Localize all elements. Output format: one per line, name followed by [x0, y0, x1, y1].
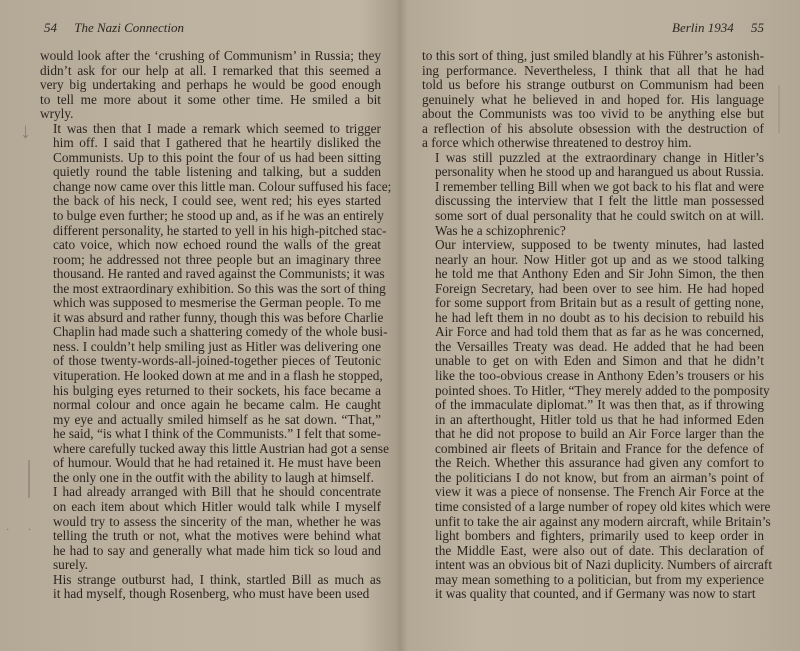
text-line: wryly.	[40, 107, 381, 122]
text-line: discussing the interview that I felt the…	[422, 194, 764, 209]
text-line: view it was a piece of nonsense. The Fre…	[422, 485, 764, 500]
text-line: him off. I said that I gathered that he …	[40, 136, 381, 151]
text-line: which was supposed to mesmerise the Germ…	[40, 296, 381, 311]
text-line: telling the truth or not, what the motiv…	[40, 529, 381, 544]
text-line: a force which otherwise threatened to de…	[422, 136, 764, 151]
text-line: time consisted of a large number of rope…	[422, 500, 764, 515]
left-body-text: would look after the ‘crushing of Commun…	[40, 49, 381, 602]
text-line: the only one in the outfit with the abil…	[40, 471, 381, 486]
text-line: the Middle East, were also out of date. …	[422, 544, 764, 559]
text-line: ness. I couldn’t help smiling just as Hi…	[40, 340, 381, 355]
text-line: unfit to take the air against any modern…	[422, 515, 764, 530]
text-line: my eye and actually smiled himself as he…	[40, 413, 381, 428]
text-line: he had to say and generally what made hi…	[40, 544, 381, 559]
text-line: genuinely what he believed in and hoped …	[422, 93, 764, 108]
text-line: Foreign Secretary, had been over to see …	[422, 282, 764, 297]
text-line: unable to get on with Eden and Simon and…	[422, 354, 764, 369]
text-line: I remember telling Bill when we got back…	[422, 180, 764, 195]
text-line: cato voice, which now echoed round the w…	[40, 238, 381, 253]
text-line: may mean something to a politician, but …	[422, 573, 764, 588]
text-line: combined air fleets of Britain and Franc…	[422, 442, 764, 457]
text-line: the back of his neck, I could see, went …	[40, 194, 381, 209]
right-running-head: Berlin 1934 55	[672, 20, 764, 36]
text-line: his bulging eyes returned to their socke…	[40, 384, 381, 399]
text-line: he said, “is what I think of the Communi…	[40, 427, 381, 442]
paragraph: I was still puzzled at the extraordinary…	[422, 151, 764, 238]
paragraph: I had already arranged with Bill that he…	[40, 485, 381, 572]
text-line: of humour. Would that he had retained it…	[40, 456, 381, 471]
pencil-margin-line	[28, 460, 30, 498]
page-number: 55	[751, 20, 764, 35]
text-line: he had left them in no doubt as to his d…	[422, 311, 764, 326]
paragraph: Our interview, supposed to be twenty min…	[422, 238, 764, 602]
paragraph: His strange outburst had, I think, start…	[40, 573, 381, 602]
text-line: Our interview, supposed to be twenty min…	[422, 238, 764, 253]
text-line: the Reich. Whether this assurance had gi…	[422, 456, 764, 471]
text-line: of those twenty-words-all-joined-togethe…	[40, 354, 381, 369]
text-line: like the too-obvious crease in Anthony E…	[422, 369, 764, 384]
text-line: pointed shoes. To Hitler, “They merely a…	[422, 384, 764, 399]
text-line: that he did not propose to build an Air …	[422, 427, 764, 442]
text-line: didn’t ask for our help at all. I remark…	[40, 64, 381, 79]
text-line: it was quality that counted, and if Germ…	[422, 587, 764, 602]
text-line: about the Communists was too vivid to be…	[422, 107, 764, 122]
text-line: I was still puzzled at the extraordinary…	[422, 151, 764, 166]
text-line: told us before his strange outburst on C…	[422, 78, 764, 93]
text-line: to this sort of thing, just smiled bland…	[422, 49, 764, 64]
text-line: It was then that I made a remark which s…	[40, 122, 381, 137]
text-line: light bombers and fighters, primarily us…	[422, 529, 764, 544]
text-line: where carefully tucked away this little …	[40, 442, 381, 457]
pencil-margin-line	[778, 85, 780, 133]
pencil-arrow-icon: ↓	[20, 118, 31, 144]
right-body-text: to this sort of thing, just smiled bland…	[422, 49, 764, 602]
text-line: nearly an hour. Now Hitler got up and as…	[422, 253, 764, 268]
book-spread: 54 The Nazi Connection would look after …	[0, 0, 800, 651]
text-line: it had myself, though Rosenberg, who mus…	[40, 587, 381, 602]
text-line: His strange outburst had, I think, start…	[40, 573, 381, 588]
paragraph: to this sort of thing, just smiled bland…	[422, 49, 764, 151]
text-line: would look after the ‘crushing of Commun…	[40, 49, 381, 64]
text-line: vituperation. He looked down at me and i…	[40, 369, 381, 384]
text-line: for some support from Britain but as a r…	[422, 296, 764, 311]
text-line: the Versailles Treaty was dead. He added…	[422, 340, 764, 355]
page-number: 54	[44, 20, 57, 35]
text-line: the politicians I do not know, but from …	[422, 471, 764, 486]
pencil-dots: · ·	[6, 525, 39, 536]
text-line: the most extraordinary exhibition. So th…	[40, 282, 381, 297]
text-line: he told me that Anthony Eden and Sir Joh…	[422, 267, 764, 282]
text-line: ing performance. Nevertheless, I think t…	[422, 64, 764, 79]
text-line: personality when he stood up and harangu…	[422, 165, 764, 180]
text-line: to tell me more about it some other time…	[40, 93, 381, 108]
text-line: on each item about which Hitler would ta…	[40, 500, 381, 515]
text-line: Was he a schizophrenic?	[422, 224, 764, 239]
paragraph: would look after the ‘crushing of Commun…	[40, 49, 381, 122]
text-line: some sort of dual personality that he co…	[422, 209, 764, 224]
text-line: of the immaculate diplomat.” It was then…	[422, 398, 764, 413]
text-line: intent was an obvious bit of Nazi duplic…	[422, 558, 764, 573]
text-line: thousand. He ranted and raved against th…	[40, 267, 381, 282]
left-running-head: 54 The Nazi Connection	[44, 20, 184, 36]
text-line: in an afterthought, Hitler told us that …	[422, 413, 764, 428]
right-page: Berlin 1934 55 to this sort of thing, ju…	[400, 0, 800, 651]
left-page: 54 The Nazi Connection would look after …	[0, 0, 400, 651]
text-line: would try to assess the sincerity of the…	[40, 515, 381, 530]
text-line: quietly round the table listening and ta…	[40, 165, 381, 180]
text-line: a reflection of his absolute obsession w…	[422, 122, 764, 137]
text-line: Air Force and had told them that as far …	[422, 325, 764, 340]
text-line: different personality, he started to yel…	[40, 224, 381, 239]
paragraph: It was then that I made a remark which s…	[40, 122, 381, 486]
text-line: I had already arranged with Bill that he…	[40, 485, 381, 500]
text-line: Chaplin had made such a shattering comed…	[40, 325, 381, 340]
text-line: change now came over this little man. Co…	[40, 180, 381, 195]
text-line: surely.	[40, 558, 381, 573]
text-line: very big undertaking and perhaps he woul…	[40, 78, 381, 93]
text-line: to bulge even further; he stood up and, …	[40, 209, 381, 224]
running-head-title: Berlin 1934	[672, 20, 734, 35]
text-line: normal colour and once again he became c…	[40, 398, 381, 413]
running-head-title: The Nazi Connection	[74, 20, 184, 35]
text-line: Communists. Up to this point the four of…	[40, 151, 381, 166]
text-line: it was absurd and rather funny, though t…	[40, 311, 381, 326]
text-line: room; he addressed not three people but …	[40, 253, 381, 268]
